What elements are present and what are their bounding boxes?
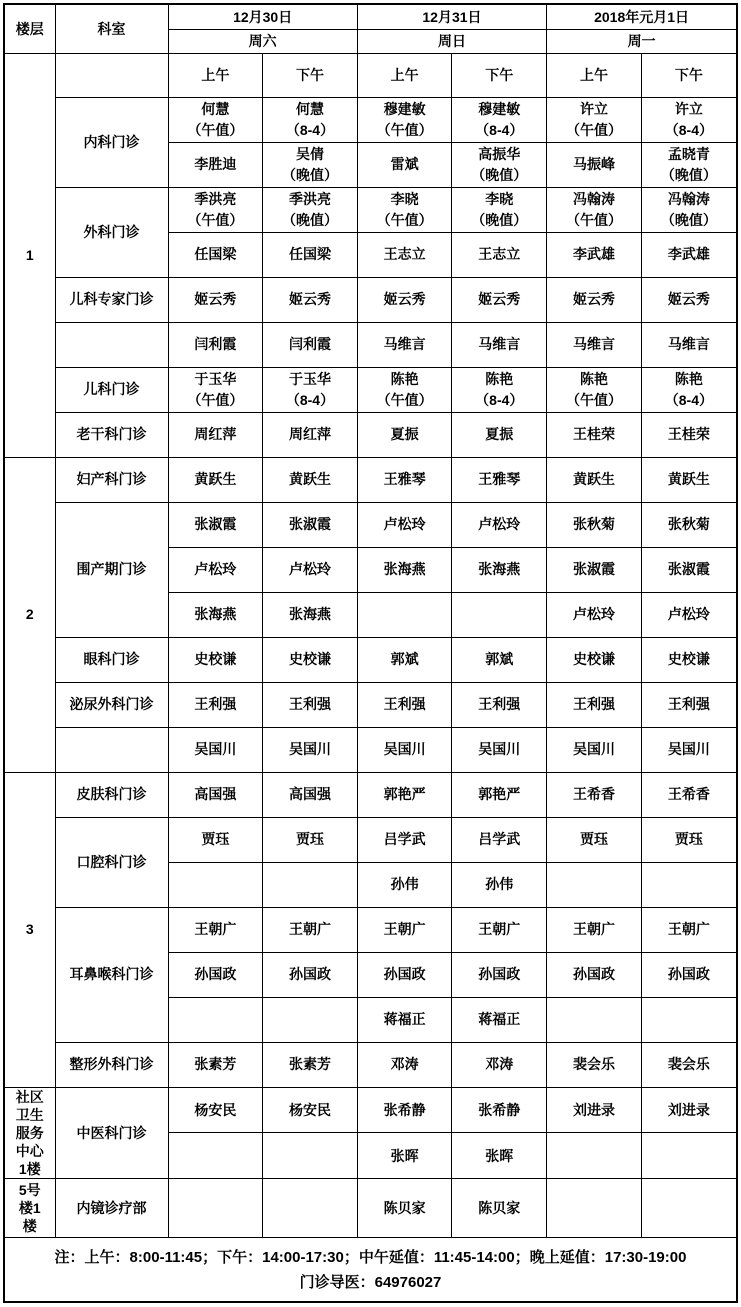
schedule-cell: 卢松玲	[452, 502, 547, 547]
schedule-cell	[263, 997, 358, 1042]
schedule-cell: 卢松玲	[357, 502, 452, 547]
schedule-cell: 王朝广	[263, 907, 358, 952]
schedule-cell	[641, 1133, 736, 1179]
schedule-cell: 马维言	[357, 322, 452, 367]
schedule-cell: 姬云秀	[452, 277, 547, 322]
department-cell: 外科门诊	[55, 187, 168, 277]
schedule-cell: 夏振	[452, 412, 547, 457]
schedule-cell	[168, 862, 263, 907]
schedule-cell	[547, 997, 642, 1042]
schedule-cell: 贾珏	[168, 817, 263, 862]
schedule-cell: 张淑霞	[168, 502, 263, 547]
schedule-cell: 贾珏	[641, 817, 736, 862]
schedule-cell: 李武雄	[641, 232, 736, 277]
department-cell: 儿科专家门诊	[55, 277, 168, 322]
schedule-cell: 王桂荣	[641, 412, 736, 457]
schedule-cell: 王朝广	[357, 907, 452, 952]
table-row: 泌尿外科门诊王利强王利强王利强王利强王利强王利强	[5, 682, 736, 727]
schedule-cell: 陈艳 （8-4）	[641, 367, 736, 412]
schedule-cell: 姬云秀	[547, 277, 642, 322]
schedule-cell: 吴国川	[641, 727, 736, 772]
schedule-cell: 刘进录	[641, 1087, 736, 1133]
schedule-cell: 杨安民	[168, 1087, 263, 1133]
table-row: 围产期门诊张淑霞张淑霞卢松玲卢松玲张秋菊张秋菊	[5, 502, 736, 547]
schedule-cell	[263, 1133, 358, 1179]
schedule-cell: 闫利霞	[168, 322, 263, 367]
header-cell: 周一	[547, 29, 736, 53]
footer-note: 注：上午：8:00-11:45；下午：14:00-17:30；中午延值：11:4…	[5, 1237, 736, 1301]
schedule-cell: 张海燕	[168, 592, 263, 637]
schedule-cell: 杨安民	[263, 1087, 358, 1133]
department-cell: 中医科门诊	[55, 1087, 168, 1179]
schedule-cell: 何慧 （8-4）	[263, 97, 358, 142]
schedule-cell: 孙国政	[452, 952, 547, 997]
schedule-cell: 姬云秀	[641, 277, 736, 322]
schedule-cell: 蒋福正	[452, 997, 547, 1042]
schedule-cell: 史校谦	[263, 637, 358, 682]
schedule-cell: 张淑霞	[263, 502, 358, 547]
schedule-cell: 陈贝家	[452, 1179, 547, 1237]
schedule-cell: 季洪亮 （晚值）	[263, 187, 358, 232]
table-row: 2妇产科门诊黄跃生黄跃生王雅琴王雅琴黄跃生黄跃生	[5, 457, 736, 502]
schedule-cell: 张晖	[357, 1133, 452, 1179]
table-header: 楼层科室12月30日12月31日2018年元月1日周六周日周一	[5, 5, 736, 53]
table-row: 儿科门诊于玉华 （午值）于玉华 （8-4）陈艳 （午值）陈艳 （8-4）陈艳 （…	[5, 367, 736, 412]
time-slot-cell: 上午	[357, 53, 452, 97]
schedule-cell: 于玉华 （午值）	[168, 367, 263, 412]
schedule-cell	[547, 1133, 642, 1179]
schedule-cell: 吴倩 （晚值）	[263, 142, 358, 187]
schedule-cell	[168, 1133, 263, 1179]
table-row: 耳鼻喉科门诊王朝广王朝广王朝广王朝广王朝广王朝广	[5, 907, 736, 952]
table-row: 5号楼1楼内镜诊疗部陈贝家陈贝家	[5, 1179, 736, 1237]
time-slot-cell: 上午	[547, 53, 642, 97]
schedule-cell: 李晓 （午值）	[357, 187, 452, 232]
department-cell: 整形外科门诊	[55, 1042, 168, 1087]
time-slot-cell: 下午	[263, 53, 358, 97]
table-row: 口腔科门诊贾珏贾珏吕学武吕学武贾珏贾珏	[5, 817, 736, 862]
schedule-cell: 张海燕	[452, 547, 547, 592]
schedule-cell: 王利强	[452, 682, 547, 727]
schedule-cell: 吴国川	[357, 727, 452, 772]
schedule-cell: 卢松玲	[547, 592, 642, 637]
schedule-cell: 孙伟	[452, 862, 547, 907]
schedule-cell: 高国强	[168, 772, 263, 817]
schedule-page: { "colors": { "background": "#ffffff", "…	[0, 0, 741, 1307]
schedule-cell: 贾珏	[263, 817, 358, 862]
schedule-cell: 王利强	[547, 682, 642, 727]
schedule-cell: 刘进录	[547, 1087, 642, 1133]
department-cell: 妇产科门诊	[55, 457, 168, 502]
table-row: 老干科门诊周红萍周红萍夏振夏振王桂荣王桂荣	[5, 412, 736, 457]
schedule-cell: 史校谦	[641, 637, 736, 682]
department-cell	[55, 53, 168, 97]
table-row: 眼科门诊史校谦史校谦郭斌郭斌史校谦史校谦	[5, 637, 736, 682]
table-row: 3皮肤科门诊高国强高国强郭艳严郭艳严王希香王希香	[5, 772, 736, 817]
schedule-cell: 张海燕	[357, 547, 452, 592]
schedule-cell: 吴国川	[452, 727, 547, 772]
department-cell: 耳鼻喉科门诊	[55, 907, 168, 1042]
department-cell: 口腔科门诊	[55, 817, 168, 907]
duty-schedule-table: 楼层科室12月30日12月31日2018年元月1日周六周日周一 1上午下午上午下…	[5, 5, 736, 1237]
schedule-cell: 史校谦	[168, 637, 263, 682]
schedule-cell: 王利强	[641, 682, 736, 727]
schedule-cell: 李胜迪	[168, 142, 263, 187]
schedule-cell: 裴会乐	[547, 1042, 642, 1087]
note-guide-phone: 门诊导医：64976027	[300, 1271, 442, 1292]
schedule-cell: 郭斌	[452, 637, 547, 682]
schedule-cell: 黄跃生	[641, 457, 736, 502]
schedule-cell: 陈艳 （午值）	[357, 367, 452, 412]
schedule-cell: 陈艳 （午值）	[547, 367, 642, 412]
schedule-cell: 高振华 （晚值）	[452, 142, 547, 187]
schedule-cell: 陈贝家	[357, 1179, 452, 1237]
schedule-cell: 李武雄	[547, 232, 642, 277]
schedule-cell: 王朝广	[168, 907, 263, 952]
table-row: 闫利霞闫利霞马维言马维言马维言马维言	[5, 322, 736, 367]
department-cell: 内镜诊疗部	[55, 1179, 168, 1237]
schedule-cell	[641, 1179, 736, 1237]
time-slot-cell: 上午	[168, 53, 263, 97]
schedule-cell: 许立 （午值）	[547, 97, 642, 142]
schedule-cell: 陈艳 （8-4）	[452, 367, 547, 412]
schedule-cell: 王雅琴	[357, 457, 452, 502]
schedule-cell: 蒋福正	[357, 997, 452, 1042]
schedule-cell: 冯翰涛 （午值）	[547, 187, 642, 232]
schedule-cell: 吴国川	[547, 727, 642, 772]
schedule-cell: 张秋菊	[547, 502, 642, 547]
department-cell: 围产期门诊	[55, 502, 168, 637]
schedule-cell: 季洪亮 （午值）	[168, 187, 263, 232]
schedule-cell: 王志立	[452, 232, 547, 277]
schedule-cell	[263, 862, 358, 907]
schedule-cell: 孙国政	[357, 952, 452, 997]
schedule-cell: 李晓 （晚值）	[452, 187, 547, 232]
schedule-cell: 何慧 （午值）	[168, 97, 263, 142]
table-row: 内科门诊何慧 （午值）何慧 （8-4）穆建敏 （午值）穆建敏 （8-4）许立 （…	[5, 97, 736, 142]
schedule-cell	[641, 862, 736, 907]
schedule-cell: 孙国政	[641, 952, 736, 997]
table-row: 1上午下午上午下午上午下午	[5, 53, 736, 97]
schedule-cell: 张希静	[452, 1087, 547, 1133]
schedule-cell: 郭斌	[357, 637, 452, 682]
schedule-cell: 任国梁	[263, 232, 358, 277]
schedule-cell: 张海燕	[263, 592, 358, 637]
schedule-cell: 吕学武	[452, 817, 547, 862]
schedule-cell: 姬云秀	[263, 277, 358, 322]
schedule-cell: 马维言	[452, 322, 547, 367]
schedule-cell	[168, 997, 263, 1042]
table-row: 社区卫生服务中心1楼中医科门诊杨安民杨安民张希静张希静刘进录刘进录	[5, 1087, 736, 1133]
schedule-cell: 孙国政	[263, 952, 358, 997]
schedule-cell: 吕学武	[357, 817, 452, 862]
schedule-cell: 黄跃生	[168, 457, 263, 502]
schedule-cell: 张晖	[452, 1133, 547, 1179]
table-row: 整形外科门诊张素芳张素芳邓涛邓涛裴会乐裴会乐	[5, 1042, 736, 1087]
schedule-cell: 王利强	[168, 682, 263, 727]
schedule-cell	[547, 862, 642, 907]
time-slot-cell: 下午	[641, 53, 736, 97]
schedule-cell: 孙国政	[168, 952, 263, 997]
schedule-cell: 闫利霞	[263, 322, 358, 367]
department-cell: 老干科门诊	[55, 412, 168, 457]
schedule-cell: 张希静	[357, 1087, 452, 1133]
schedule-cell: 史校谦	[547, 637, 642, 682]
schedule-cell: 穆建敏 （午值）	[357, 97, 452, 142]
schedule-cell: 吴国川	[263, 727, 358, 772]
schedule-cell: 王雅琴	[452, 457, 547, 502]
schedule-cell: 吴国川	[168, 727, 263, 772]
schedule-cell: 张素芳	[168, 1042, 263, 1087]
schedule-cell: 王朝广	[452, 907, 547, 952]
schedule-cell: 孟晓青 （晚值）	[641, 142, 736, 187]
schedule-cell	[263, 1179, 358, 1237]
schedule-cell: 任国梁	[168, 232, 263, 277]
table-row: 儿科专家门诊姬云秀姬云秀姬云秀姬云秀姬云秀姬云秀	[5, 277, 736, 322]
schedule-cell: 卢松玲	[168, 547, 263, 592]
schedule-sheet: 楼层科室12月30日12月31日2018年元月1日周六周日周一 1上午下午上午下…	[3, 3, 738, 1303]
department-cell	[55, 727, 168, 772]
schedule-cell: 王朝广	[641, 907, 736, 952]
schedule-cell	[641, 997, 736, 1042]
schedule-cell: 姬云秀	[357, 277, 452, 322]
schedule-cell: 邓涛	[357, 1042, 452, 1087]
department-cell	[55, 322, 168, 367]
floor-cell: 2	[5, 457, 55, 772]
schedule-cell: 张淑霞	[641, 547, 736, 592]
schedule-cell	[357, 592, 452, 637]
schedule-cell: 姬云秀	[168, 277, 263, 322]
schedule-cell	[168, 1179, 263, 1237]
schedule-cell: 王桂荣	[547, 412, 642, 457]
schedule-cell: 孙伟	[357, 862, 452, 907]
header-cell: 楼层	[5, 5, 55, 53]
header-cell: 12月31日	[357, 5, 546, 29]
schedule-cell: 卢松玲	[263, 547, 358, 592]
floor-cell: 5号楼1楼	[5, 1179, 55, 1237]
schedule-cell: 邓涛	[452, 1042, 547, 1087]
schedule-cell: 于玉华 （8-4）	[263, 367, 358, 412]
floor-cell: 3	[5, 772, 55, 1087]
department-cell: 泌尿外科门诊	[55, 682, 168, 727]
schedule-cell	[547, 1179, 642, 1237]
table-body: 1上午下午上午下午上午下午内科门诊何慧 （午值）何慧 （8-4）穆建敏 （午值）…	[5, 53, 736, 1237]
schedule-cell: 郭艳严	[357, 772, 452, 817]
department-cell: 儿科门诊	[55, 367, 168, 412]
note-shift-times: 注：上午：8:00-11:45；下午：14:00-17:30；中午延值：11:4…	[55, 1246, 687, 1267]
schedule-cell: 穆建敏 （8-4）	[452, 97, 547, 142]
schedule-cell: 周红萍	[168, 412, 263, 457]
schedule-cell: 郭艳严	[452, 772, 547, 817]
schedule-cell: 王志立	[357, 232, 452, 277]
header-cell: 12月30日	[168, 5, 357, 29]
department-cell: 眼科门诊	[55, 637, 168, 682]
header-cell: 科室	[55, 5, 168, 53]
header-row: 楼层科室12月30日12月31日2018年元月1日	[5, 5, 736, 29]
header-cell: 周六	[168, 29, 357, 53]
schedule-cell: 张素芳	[263, 1042, 358, 1087]
table-row: 吴国川吴国川吴国川吴国川吴国川吴国川	[5, 727, 736, 772]
schedule-cell: 王利强	[357, 682, 452, 727]
schedule-cell: 王朝广	[547, 907, 642, 952]
schedule-cell: 王希香	[547, 772, 642, 817]
schedule-cell: 高国强	[263, 772, 358, 817]
floor-cell: 1	[5, 53, 55, 457]
schedule-cell: 张淑霞	[547, 547, 642, 592]
schedule-cell: 黄跃生	[263, 457, 358, 502]
header-cell: 2018年元月1日	[547, 5, 736, 29]
schedule-cell: 贾珏	[547, 817, 642, 862]
schedule-cell	[452, 592, 547, 637]
schedule-cell: 许立 （8-4）	[641, 97, 736, 142]
schedule-cell: 马维言	[547, 322, 642, 367]
department-cell: 内科门诊	[55, 97, 168, 187]
header-cell: 周日	[357, 29, 546, 53]
schedule-cell: 王希香	[641, 772, 736, 817]
schedule-cell: 夏振	[357, 412, 452, 457]
schedule-cell: 黄跃生	[547, 457, 642, 502]
schedule-cell: 卢松玲	[641, 592, 736, 637]
time-slot-cell: 下午	[452, 53, 547, 97]
table-row: 外科门诊季洪亮 （午值）季洪亮 （晚值）李晓 （午值）李晓 （晚值）冯翰涛 （午…	[5, 187, 736, 232]
schedule-cell: 冯翰涛 （晚值）	[641, 187, 736, 232]
schedule-cell: 张秋菊	[641, 502, 736, 547]
floor-cell: 社区卫生服务中心1楼	[5, 1087, 55, 1179]
schedule-cell: 马振峰	[547, 142, 642, 187]
schedule-cell: 马维言	[641, 322, 736, 367]
schedule-cell: 裴会乐	[641, 1042, 736, 1087]
schedule-cell: 王利强	[263, 682, 358, 727]
schedule-cell: 雷斌	[357, 142, 452, 187]
schedule-cell: 周红萍	[263, 412, 358, 457]
schedule-cell: 孙国政	[547, 952, 642, 997]
department-cell: 皮肤科门诊	[55, 772, 168, 817]
